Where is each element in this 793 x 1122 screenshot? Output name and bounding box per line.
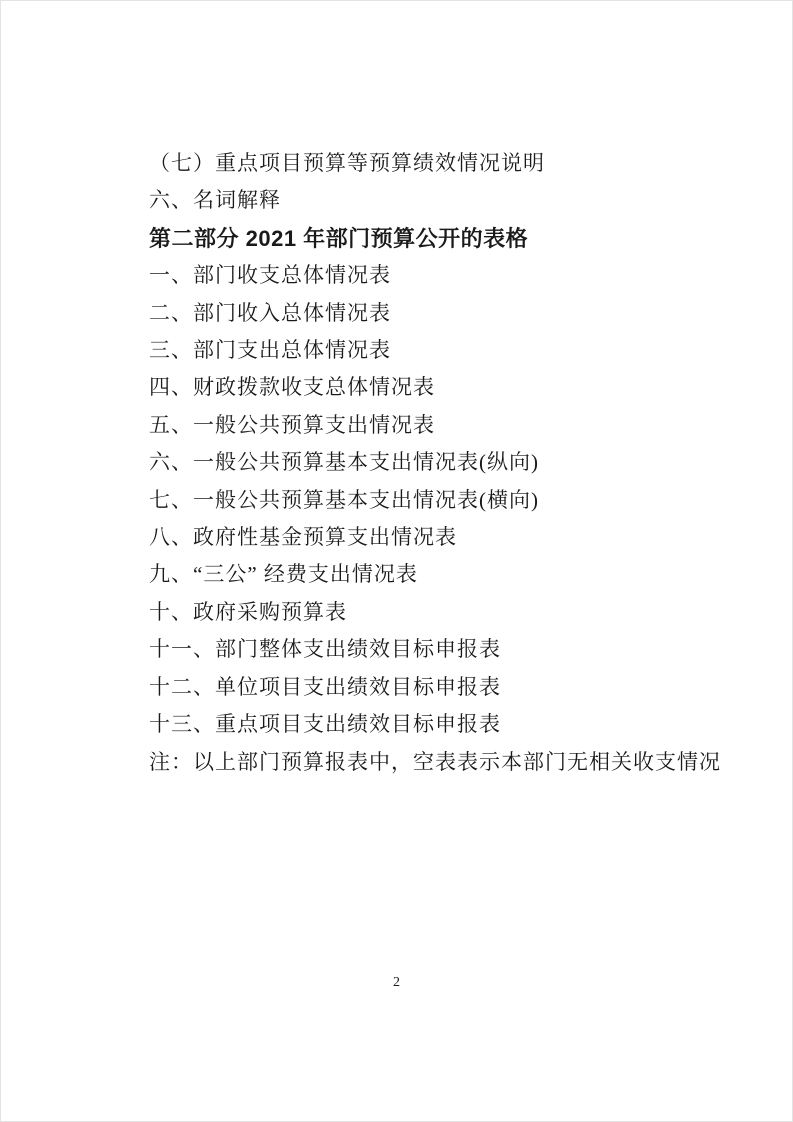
toc-line-table-5: 五、一般公共预算支出情况表: [149, 407, 752, 444]
note-line: 注：以上部门预算报表中，空表表示本部门无相关收支情况: [149, 744, 752, 781]
section-heading-part2: 第二部分 2021 年部门预算公开的表格: [149, 220, 752, 257]
toc-line-table-12: 十二、单位项目支出绩效目标申报表: [149, 669, 752, 706]
toc-line-table-9: 九、“三公” 经费支出情况表: [149, 556, 752, 593]
toc-line-table-13: 十三、重点项目支出绩效目标申报表: [149, 706, 752, 743]
toc-line-table-1: 一、部门收支总体情况表: [149, 257, 752, 294]
toc-line-table-4: 四、财政拨款收支总体情况表: [149, 369, 752, 406]
document-page: （七）重点项目预算等预算绩效情况说明 六、名词解释 第二部分 2021 年部门预…: [0, 0, 793, 1122]
toc-line-table-8: 八、政府性基金预算支出情况表: [149, 519, 752, 556]
toc-line-budget-performance-note: （七）重点项目预算等预算绩效情况说明: [149, 145, 752, 182]
toc-line-table-6: 六、一般公共预算基本支出情况表(纵向): [149, 444, 752, 481]
document-body: （七）重点项目预算等预算绩效情况说明 六、名词解释 第二部分 2021 年部门预…: [149, 145, 752, 781]
toc-line-table-3: 三、部门支出总体情况表: [149, 332, 752, 369]
toc-line-table-2: 二、部门收入总体情况表: [149, 295, 752, 332]
toc-line-table-7: 七、一般公共预算基本支出情况表(横向): [149, 482, 752, 519]
page-number: 2: [393, 975, 400, 990]
toc-line-glossary: 六、名词解释: [149, 182, 752, 219]
toc-line-table-11: 十一、部门整体支出绩效目标申报表: [149, 631, 752, 668]
toc-line-table-10: 十、政府采购预算表: [149, 594, 752, 631]
page-footer: 2: [1, 973, 792, 991]
